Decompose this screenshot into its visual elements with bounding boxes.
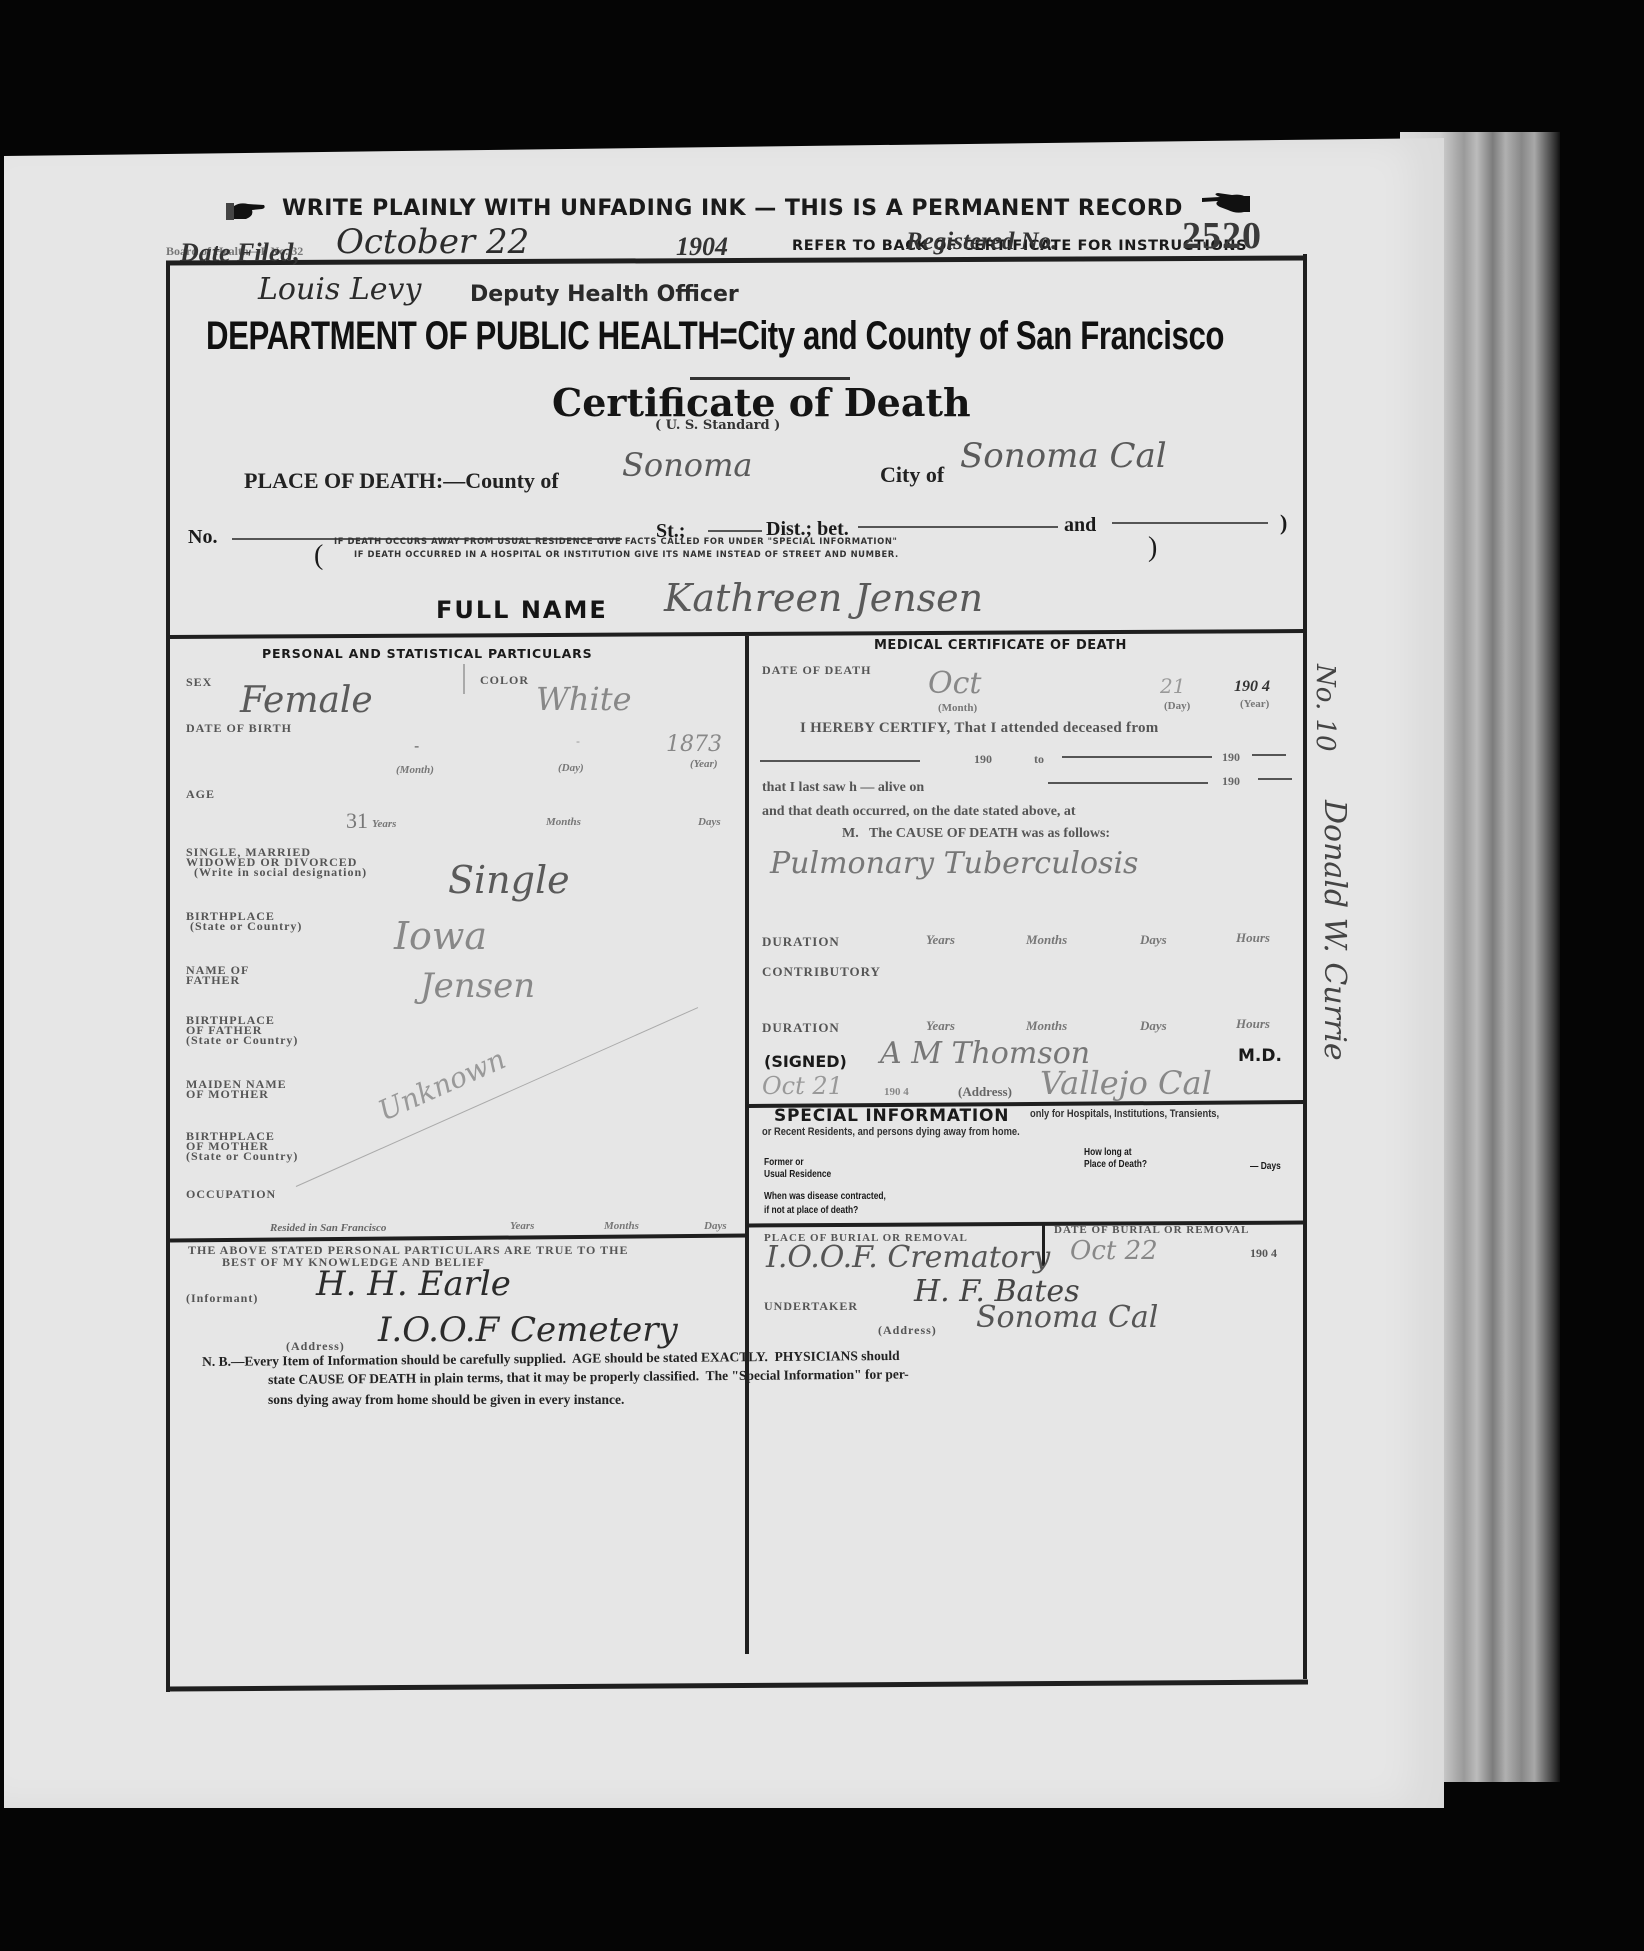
- city-value[interactable]: Sonoma Cal: [960, 436, 1167, 476]
- resided-days-label: Days: [704, 1220, 727, 1232]
- sex-label: SEX: [186, 676, 212, 688]
- last-saw-year-line[interactable]: [1258, 778, 1292, 780]
- age-label: AGE: [186, 788, 215, 800]
- paren-open-note: (: [314, 540, 323, 572]
- city-label: City of: [880, 462, 944, 488]
- dod-month-value[interactable]: Oct: [928, 666, 981, 701]
- how-long-label-2: Place of Death?: [1084, 1158, 1147, 1170]
- father-label-2: FATHER: [186, 974, 240, 986]
- dod-year-label: (Year): [1240, 698, 1269, 710]
- dob-month-value[interactable]: -: [414, 738, 419, 756]
- resided-months-label: Months: [604, 1220, 639, 1232]
- marital-value[interactable]: Single: [448, 858, 570, 902]
- to-label: to: [1034, 752, 1044, 767]
- age-days-label: Days: [698, 816, 721, 828]
- cause-label: M. The CAUSE OF DEATH was as follows:: [842, 826, 1110, 842]
- pointing-hand-icon-right: [1200, 190, 1252, 216]
- informant-value[interactable]: H. H. Earle: [316, 1264, 511, 1304]
- date-filed-label: Date Filed,: [180, 238, 300, 268]
- certify-statement: I HEREBY CERTIFY, That I attended deceas…: [800, 720, 1159, 737]
- father-value[interactable]: Jensen: [420, 966, 535, 1006]
- informant-label: (Informant): [186, 1292, 258, 1304]
- dod-day-label: (Day): [1164, 700, 1190, 712]
- duration-months-2: Months: [1026, 1018, 1067, 1034]
- birthplace-value[interactable]: Iowa: [394, 914, 487, 958]
- special-note-2: or Recent Residents, and persons dying a…: [762, 1126, 1020, 1138]
- former-residence-label-1: Former or: [764, 1156, 804, 1168]
- attended-to-line[interactable]: [1062, 756, 1212, 758]
- no-label: No.: [188, 526, 217, 549]
- former-residence-label-2: Usual Residence: [764, 1168, 831, 1180]
- medical-heading: MEDICAL CERTIFICATE OF DEATH: [874, 638, 1127, 653]
- duration-months-1: Months: [1026, 932, 1067, 948]
- informant-address-value[interactable]: I.O.O.F Cemetery: [378, 1310, 678, 1350]
- and-field-line[interactable]: [1112, 522, 1268, 524]
- last-saw-line[interactable]: [1048, 782, 1208, 784]
- full-name-label: FULL NAME: [436, 596, 608, 624]
- to-190: 190: [1222, 750, 1240, 765]
- physician-address-value[interactable]: Vallejo Cal: [1040, 1064, 1212, 1102]
- cause-value[interactable]: Pulmonary Tuberculosis: [770, 846, 1138, 881]
- from-190: 190: [974, 752, 992, 767]
- registered-no-label: Registered No.: [906, 228, 1057, 256]
- duration-hours-2: Hours: [1236, 1016, 1270, 1032]
- contracted-label-2: if not at place of death?: [764, 1204, 858, 1216]
- father-birthplace-label-3: (State or Country): [186, 1034, 298, 1046]
- place-of-death-label: PLACE OF DEATH:—County of: [244, 468, 559, 494]
- officer-signature: Louis Levy: [258, 272, 421, 307]
- duration-years-2: Years: [926, 1018, 955, 1034]
- burial-date-value[interactable]: Oct 22: [1070, 1236, 1158, 1266]
- dob-day-label: (Day): [558, 762, 584, 774]
- footer-note-3: sons dying away from home should be give…: [268, 1392, 624, 1408]
- how-long-days-label: — Days: [1250, 1160, 1281, 1172]
- occupation-label: OCCUPATION: [186, 1188, 276, 1200]
- duration-days-2: Days: [1140, 1018, 1167, 1034]
- burial-year: 190 4: [1250, 1246, 1277, 1261]
- to-year-line[interactable]: [1252, 754, 1286, 756]
- address-note-line2: IF DEATH OCCURRED IN A HOSPITAL OR INSTI…: [354, 549, 899, 559]
- marital-label-3: (Write in social designation): [194, 866, 367, 878]
- undertaker-address-value[interactable]: Sonoma Cal: [976, 1300, 1158, 1335]
- paren-close-note: ): [1148, 532, 1157, 564]
- dob-year-value[interactable]: 1873: [666, 732, 722, 757]
- dod-year-value[interactable]: 190 4: [1234, 678, 1270, 696]
- age-years-label: Years: [372, 818, 396, 830]
- undertaker-label: UNDERTAKER: [764, 1300, 858, 1312]
- duration-hours-1: Hours: [1236, 930, 1270, 946]
- mother-birthplace-label-3: (State or Country): [186, 1150, 298, 1162]
- color-label: COLOR: [480, 674, 529, 686]
- burial-date-label: DATE OF BURIAL OR REMOVAL: [1054, 1224, 1249, 1236]
- full-name-value[interactable]: Kathreen Jensen: [664, 576, 983, 620]
- age-months-label: Months: [546, 816, 581, 828]
- dod-month-label: (Month): [938, 702, 977, 714]
- department-title: DEPARTMENT OF PUBLIC HEALTH=City and Cou…: [206, 314, 1224, 359]
- personal-heading: PERSONAL AND STATISTICAL PARTICULARS: [262, 646, 592, 661]
- address-note-line1: IF DEATH OCCURS AWAY FROM USUAL RESIDENC…: [334, 536, 897, 546]
- color-value[interactable]: White: [536, 680, 632, 718]
- contributory-label: CONTRIBUTORY: [762, 966, 881, 978]
- last-saw-statement: that I last saw h — alive on: [762, 780, 924, 796]
- md-label: M.D.: [1238, 1046, 1282, 1066]
- occurred-statement: and that death occurred, on the date sta…: [762, 804, 1076, 820]
- registered-no-value: 2520: [1182, 214, 1262, 258]
- signed-date[interactable]: Oct 21: [762, 1072, 843, 1100]
- signed-year: 190 4: [884, 1086, 909, 1098]
- and-label: and: [1064, 514, 1096, 537]
- filing-year: 1904: [676, 232, 728, 262]
- district-field-line[interactable]: [858, 526, 1058, 528]
- dob-label: DATE OF BIRTH: [186, 722, 292, 734]
- attended-from-line[interactable]: [760, 760, 920, 762]
- duration-years-1: Years: [926, 932, 955, 948]
- special-heading: SPECIAL INFORMATION: [774, 1106, 1009, 1126]
- resided-label: Resided in San Francisco: [270, 1222, 386, 1234]
- age-years-value[interactable]: 31: [346, 808, 368, 834]
- resided-years-label: Years: [510, 1220, 534, 1232]
- informant-address-label: (Address): [286, 1340, 345, 1352]
- dod-label: DATE OF DEATH: [762, 664, 871, 676]
- duration-label-2: DURATION: [762, 1022, 840, 1034]
- last-saw-190: 190: [1222, 774, 1240, 789]
- burial-place-value[interactable]: I.O.O.F. Crematory: [766, 1240, 1050, 1275]
- birthplace-label-2: (State or Country): [190, 920, 302, 932]
- column-divider: [745, 636, 749, 1654]
- date-filed-value: October 22: [336, 222, 529, 262]
- margin-number: No. 10: [1310, 664, 1340, 752]
- special-note-1: only for Hospitals, Institutions, Transi…: [1030, 1108, 1219, 1120]
- dod-day-value[interactable]: 21: [1160, 674, 1185, 698]
- street-field-line[interactable]: [708, 530, 762, 532]
- paren-close: ): [1280, 510, 1287, 536]
- how-long-label-1: How long at: [1084, 1146, 1132, 1158]
- color-divider: [463, 664, 465, 694]
- certificate-subtitle: ( U. S. Standard ): [655, 418, 780, 433]
- form-right-border: [1303, 254, 1307, 1679]
- duration-days-1: Days: [1140, 932, 1167, 948]
- margin-name: Donald W. Currie: [1317, 800, 1352, 1061]
- pointing-hand-icon-left: [226, 200, 266, 222]
- undertaker-address-label: (Address): [878, 1324, 937, 1336]
- dob-month-label: (Month): [396, 764, 434, 776]
- duration-label-1: DURATION: [762, 936, 840, 948]
- dob-year-label: (Year): [690, 758, 718, 770]
- physician-address-label: (Address): [958, 1084, 1012, 1100]
- contracted-label-1: When was disease contracted,: [764, 1190, 886, 1202]
- signed-label: (SIGNED): [764, 1052, 847, 1071]
- county-value[interactable]: Sonoma: [622, 446, 752, 484]
- officer-title: Deputy Health Officer: [470, 282, 739, 307]
- mother-label-2: OF MOTHER: [186, 1088, 269, 1100]
- header-banner: WRITE PLAINLY WITH UNFADING INK — THIS I…: [282, 196, 1183, 221]
- dob-day-value[interactable]: -: [576, 734, 580, 748]
- form-left-border: [166, 262, 170, 1692]
- sex-value[interactable]: Female: [240, 680, 373, 721]
